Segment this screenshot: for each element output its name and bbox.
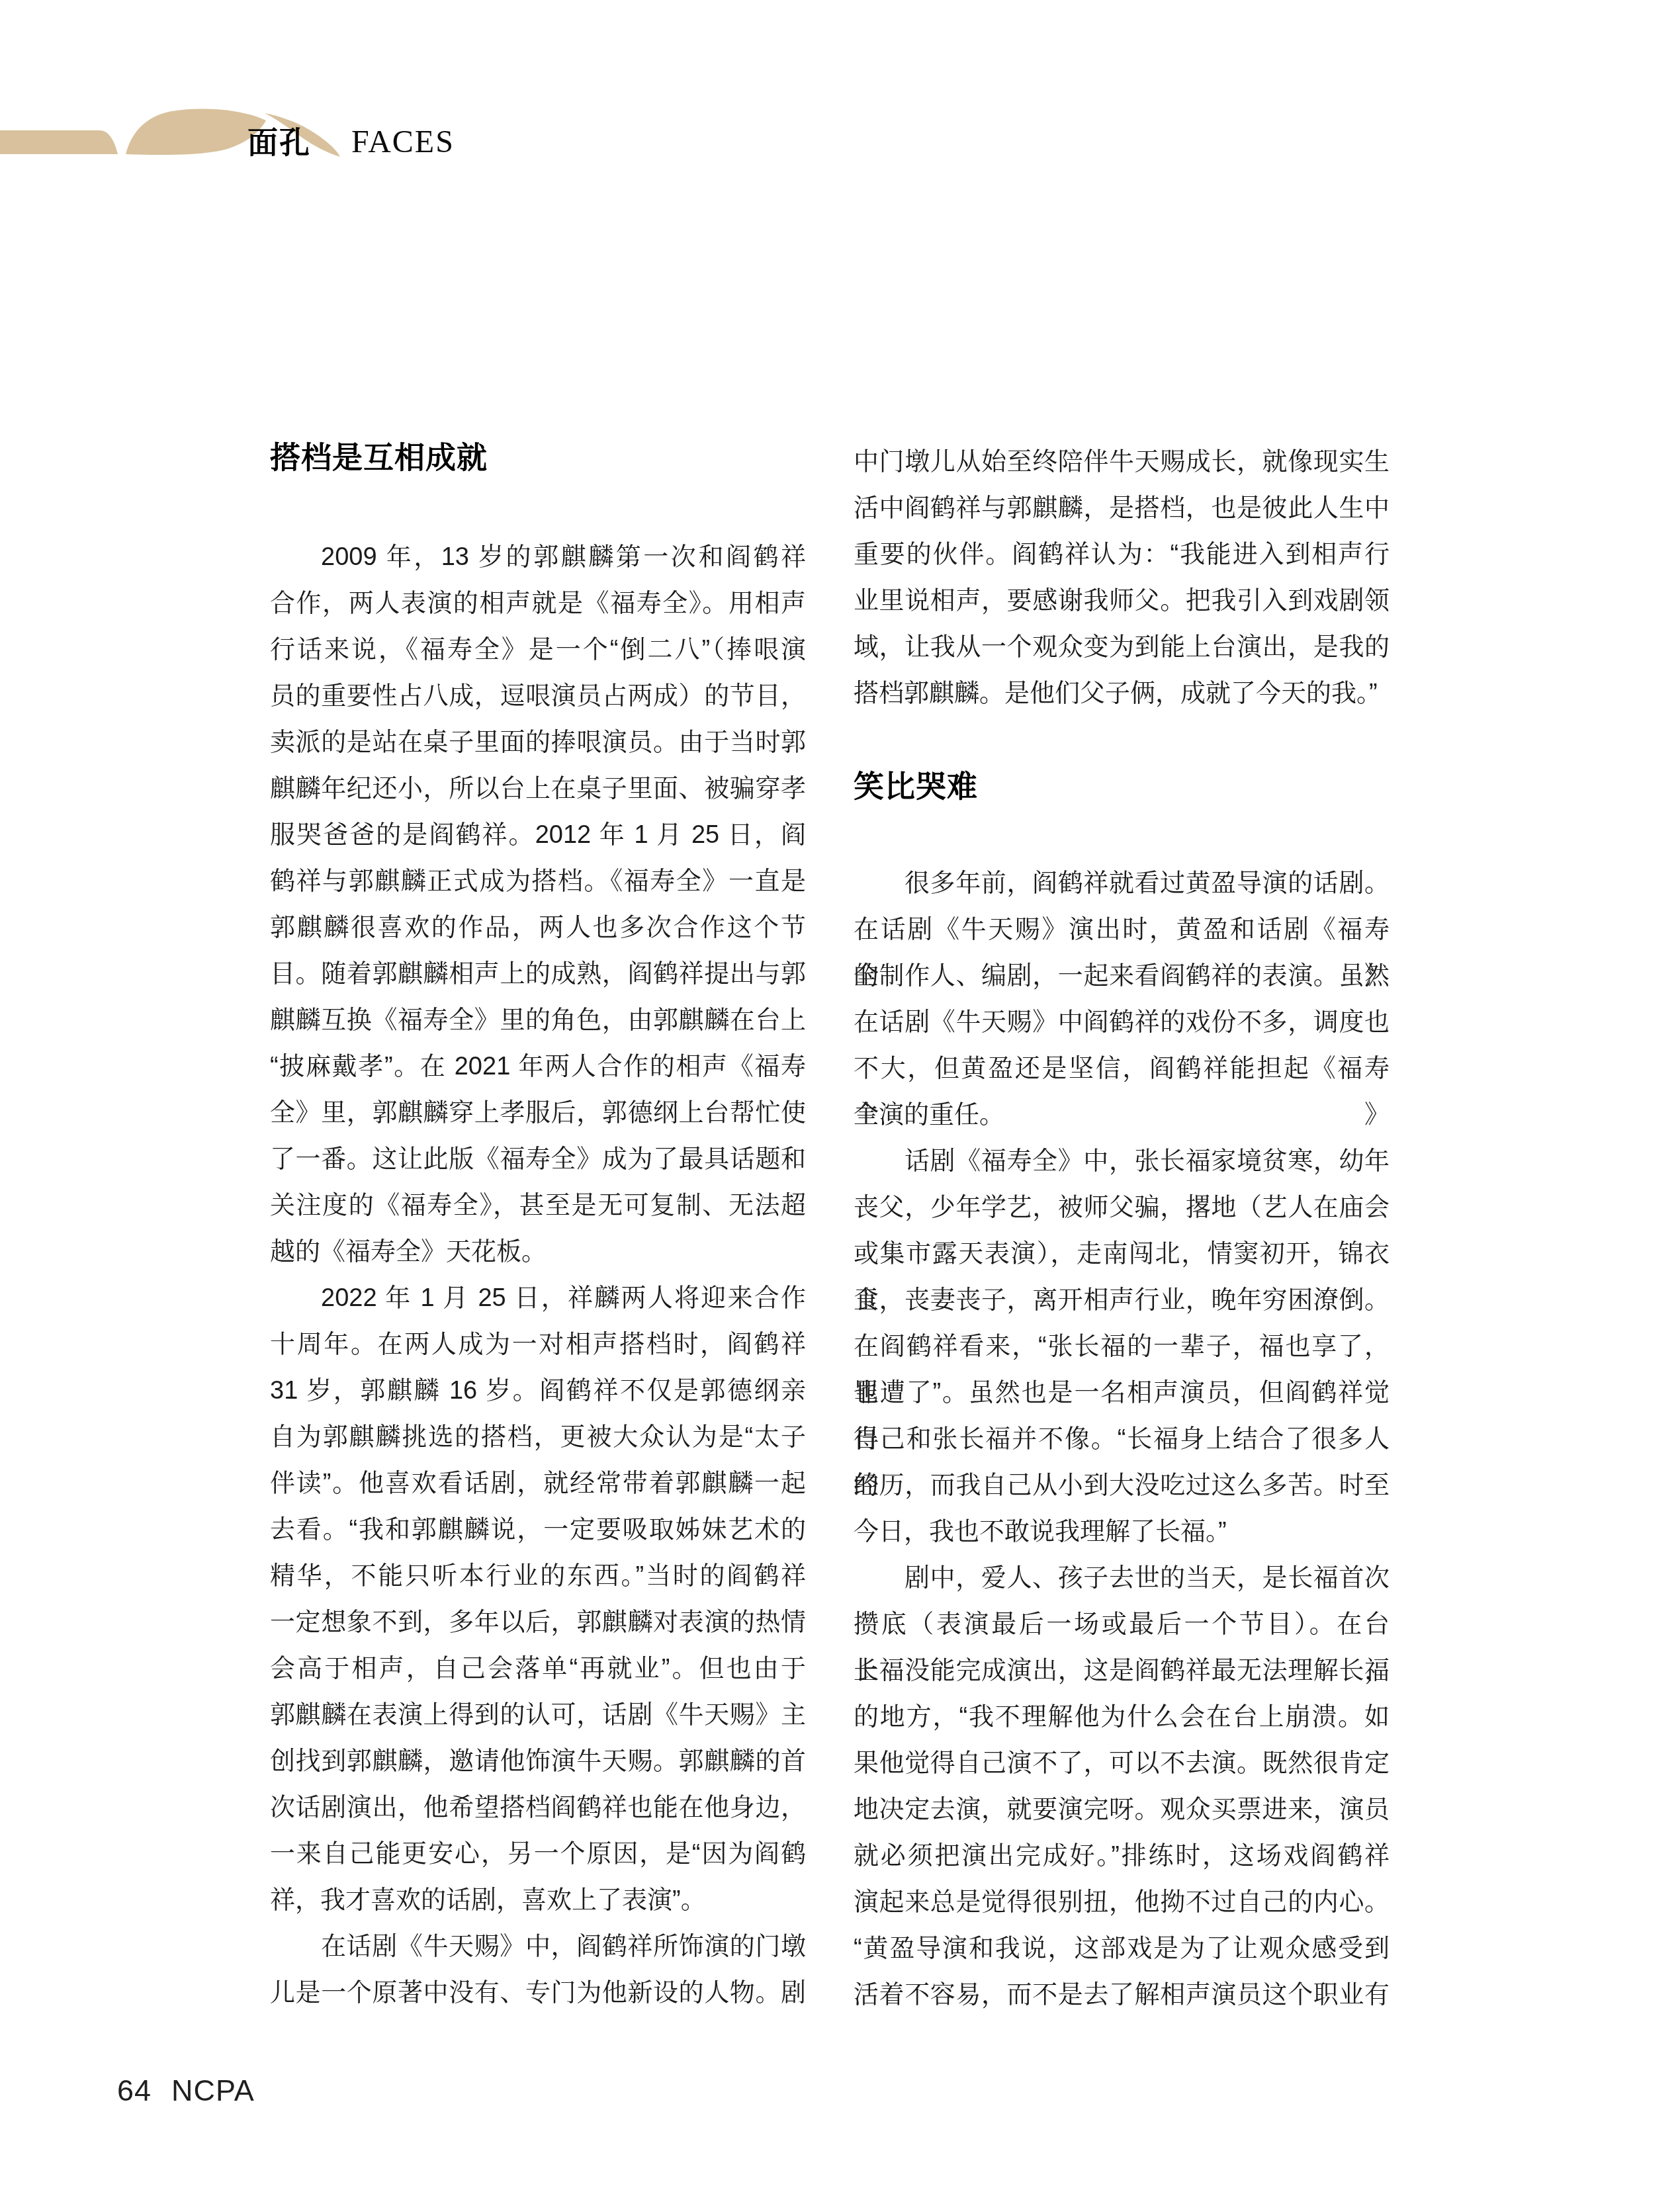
text-line: 2022 年 1 月 25 日，祥麟两人将迎来合作 [270,1275,806,1321]
text-line: 剧中，爱人、孩子去世的当天，是长福首次 [854,1555,1390,1601]
text-line: 攒底（表演最后一场或最后一个节目）。在台上， [854,1601,1390,1647]
text-line: 不大，但黄盈还是坚信，阎鹤祥能担起《福寿全》 [854,1045,1390,1092]
text-line: 食，丧妻丧子，离开相声行业，晚年穷困潦倒。 [854,1277,1390,1323]
text-line: 2009 年，13 岁的郭麒麟第一次和阎鹤祥 [270,534,806,580]
text-line: 活着不容易，而不是去了解相声演员这个职业有 [854,1972,1390,2018]
text-line: 演起来总是觉得很别扭，他拗不过自己的内心。 [854,1879,1390,1925]
text-line: 会高于相声，自己会落单“再就业”。但也由于 [270,1645,806,1692]
text-line: 合作，两人表演的相声就是《福寿全》。用相声 [270,580,806,627]
text-line: 经历，而我自己从小到大没吃过这么多苦。时至 [854,1462,1390,1509]
brand-label: NCPA [171,2074,255,2108]
page-number: 64 [117,2074,152,2108]
left-column-lines: 2009 年，13 岁的郭麒麟第一次和阎鹤祥合作，两人表演的相声就是《福寿全》。… [270,534,806,2016]
text-line: 搭档郭麒麟。是他们父子俩，成就了今天的我。” [854,670,1390,717]
heading-laughing-harder-than-crying: 笑比哭难 [854,767,1390,814]
text-line: 十周年。在两人成为一对相声搭档时，阎鹤祥 [270,1321,806,1368]
text-line: 儿是一个原著中没有、专门为他新设的人物。剧 [270,1970,806,2016]
text-line: 卖派的是站在桌子里面的捧哏演员。由于当时郭 [270,719,806,766]
text-line: 麒麟年纪还小，所以台上在桌子里面、被骗穿孝 [270,766,806,812]
text-line: 创找到郭麒麟，邀请他饰演牛天赐。郭麒麟的首 [270,1738,806,1784]
text-line: 一来自己能更安心，另一个原因，是“因为阎鹤 [270,1831,806,1877]
text-line: 全》里，郭麒麟穿上孝服后，郭德纲上台帮忙使 [270,1090,806,1136]
text-line: 自己和张长福并不像。“长福身上结合了很多人的 [854,1416,1390,1462]
text-line: 活中阎鹤祥与郭麒麟，是搭档，也是彼此人生中 [854,485,1390,531]
text-line: 重要的伙伴。阎鹤祥认为：“我能进入到相声行 [854,531,1390,578]
text-line: 或集市露天表演），走南闯北，情窦初开，锦衣玉 [854,1231,1390,1277]
text-line: 祥，我才喜欢的话剧，喜欢上了表演”。 [270,1877,806,1923]
text-line: 在话剧《牛天赐》中，阎鹤祥所饰演的门墩 [270,1923,806,1970]
text-line: 关注度的《福寿全》，甚至是无可复制、无法超 [270,1182,806,1229]
text-line: 自为郭麒麟挑选的搭档，更被大众认为是“太子 [270,1414,806,1460]
text-line: 员的重要性占八成，逗哏演员占两成）的节目， [270,673,806,719]
text-line: 丧父，少年学艺，被师父骗，撂地（艺人在庙会 [854,1184,1390,1231]
page-footer: 64 NCPA [117,2074,255,2108]
left-column: 搭档是互相成就 2009 年，13 岁的郭麒麟第一次和阎鹤祥合作，两人表演的相声… [270,439,806,2016]
text-line: 域，让我从一个观众变为到能上台演出，是我的 [854,624,1390,670]
right-column-lines-1: 中门墩儿从始至终陪伴牛天赐成长，就像现实生活中阎鹤祥与郭麒麟，是搭档，也是彼此人… [854,439,1390,717]
text-line: 今日，我也不敢说我理解了长福。” [854,1509,1390,1555]
header-dome-shape [126,109,266,155]
text-line: 地决定去演，就要演完呀。观众买票进来，演员 [854,1786,1390,1833]
text-line: 的地方，“我不理解他为什么会在台上崩溃。如 [854,1694,1390,1740]
text-line: 次话剧演出，他希望搭档阎鹤祥也能在他身边， [270,1784,806,1831]
text-line: 31 岁，郭麒麟 16 岁。阎鹤祥不仅是郭德纲亲 [270,1368,806,1414]
text-line: 一定想象不到，多年以后，郭麒麟对表演的热情 [270,1599,806,1645]
text-line: 在阎鹤祥看来，“张长福的一辈子，福也享了，罪 [854,1323,1390,1370]
text-line: “披麻戴孝”。在 2021 年两人合作的相声《福寿 [270,1043,806,1090]
text-line: 就必须把演出完成好。”排练时，这场戏阎鹤祥 [854,1833,1390,1879]
right-column: 中门墩儿从始至终陪伴牛天赐成长，就像现实生活中阎鹤祥与郭麒麟，是搭档，也是彼此人… [854,439,1390,2018]
text-line: 长福没能完成演出，这是阎鹤祥最无法理解长福 [854,1647,1390,1694]
text-line: 郭麒麟在表演上得到的认可，话剧《牛天赐》主 [270,1692,806,1738]
text-line: “黄盈导演和我说，这部戏是为了让观众感受到 [854,1925,1390,1972]
text-line: 麒麟互换《福寿全》里的角色，由郭麒麟在台上 [270,997,806,1043]
text-line: 越的《福寿全》天花板。 [270,1229,806,1275]
text-line: 去看。“我和郭麒麟说，一定要吸取姊妹艺术的 [270,1507,806,1553]
section-title-cn: 面孔 [247,126,311,158]
heading-partners-achieve-each-other: 搭档是互相成就 [270,439,806,485]
text-line: 服哭爸爸的是阎鹤祥。2012 年 1 月 25 日，阎 [270,812,806,858]
text-line: 鹤祥与郭麒麟正式成为搭档。《福寿全》一直是 [270,858,806,904]
text-line: 很多年前，阎鹤祥就看过黄盈导演的话剧。 [854,860,1390,906]
text-line: 的制作人、编剧，一起来看阎鹤祥的表演。虽然 [854,953,1390,999]
text-line: 业里说相声，要感谢我师父。把我引入到戏剧领 [854,578,1390,624]
text-line: 了一番。这让此版《福寿全》成为了最具话题和 [270,1136,806,1182]
text-line: 行话来说，《福寿全》是一个“倒二八”（捧哏演 [270,627,806,673]
section-title-en: FACES [351,127,455,157]
header-bar-shape [0,130,118,154]
text-line: 在话剧《牛天赐》演出时，黄盈和话剧《福寿全》 [854,906,1390,953]
text-line: 目。随着郭麒麟相声上的成熟，阎鹤祥提出与郭 [270,951,806,997]
text-line: 中门墩儿从始至终陪伴牛天赐成长，就像现实生 [854,439,1390,485]
right-column-lines-2: 很多年前，阎鹤祥就看过黄盈导演的话剧。在话剧《牛天赐》演出时，黄盈和话剧《福寿全… [854,860,1390,2018]
text-line: 话剧《福寿全》中，张长福家境贫寒，幼年 [854,1138,1390,1184]
text-line: 郭麒麟很喜欢的作品，两人也多次合作这个节 [270,904,806,951]
text-line: 精华，不能只听本行业的东西。”当时的阎鹤祥 [270,1553,806,1599]
text-line: 果他觉得自己演不了，可以不去演。既然很肯定 [854,1740,1390,1786]
text-line: 也遭了”。虽然也是一名相声演员，但阎鹤祥觉得 [854,1370,1390,1416]
text-line: 在话剧《牛天赐》中阎鹤祥的戏份不多，调度也 [854,999,1390,1045]
magazine-page: 面孔 FACES 搭档是互相成就 2009 年，13 岁的郭麒麟第一次和阎鹤祥合… [0,0,1680,2188]
text-line: 伴读”。他喜欢看话剧，就经常带着郭麒麟一起 [270,1460,806,1507]
